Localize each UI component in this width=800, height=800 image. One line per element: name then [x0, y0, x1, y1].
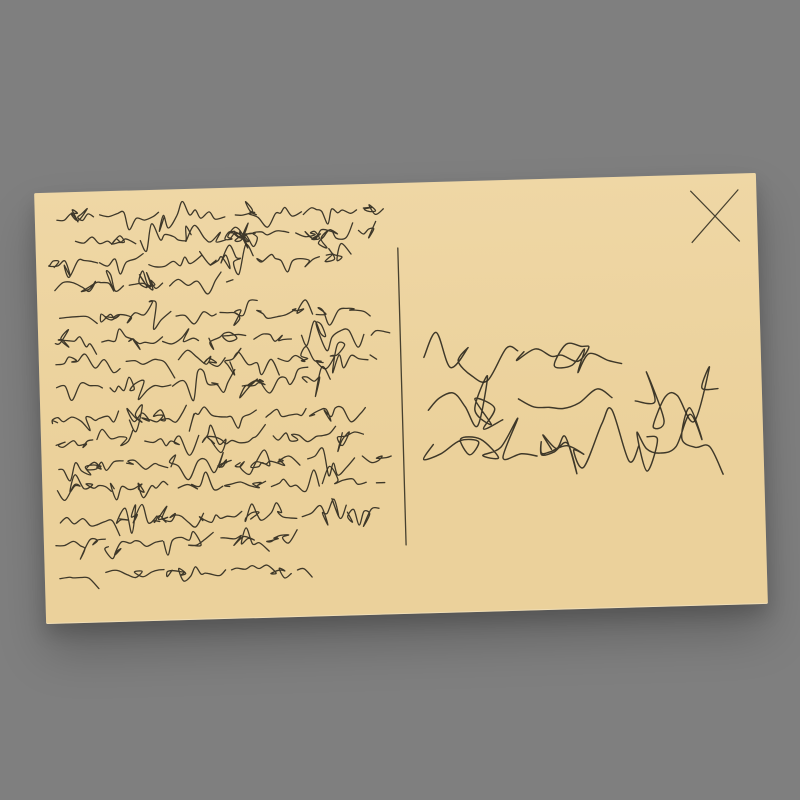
- x-mark-stroke: [690, 190, 739, 243]
- message-scribble-line: [58, 446, 391, 484]
- message-scribble-line: [60, 497, 380, 537]
- message-scribble-line: [56, 365, 331, 404]
- message-paragraph: [47, 196, 386, 298]
- address-scribble-line: [427, 367, 719, 435]
- message-scribble-line: [60, 564, 313, 590]
- postcard-divider-line: [398, 248, 406, 545]
- gray-background: [0, 0, 800, 800]
- message-paragraph: [60, 564, 313, 590]
- address-scribble-line: [422, 405, 723, 483]
- message-paragraph: [52, 398, 393, 502]
- message-block: [46, 196, 397, 590]
- address-scribble-line: [423, 327, 622, 384]
- message-scribble-line: [54, 267, 233, 298]
- message-scribble-line: [56, 196, 383, 234]
- postcard-art: [34, 173, 768, 624]
- message-paragraph: [55, 497, 380, 560]
- address-block: [420, 324, 723, 482]
- stamp-x-mark-icon: [690, 190, 739, 243]
- message-scribble-line: [48, 241, 351, 279]
- message-scribble-line: [56, 526, 298, 560]
- message-paragraph: [54, 294, 391, 404]
- message-scribble-line: [59, 295, 370, 333]
- postcard: [34, 173, 768, 624]
